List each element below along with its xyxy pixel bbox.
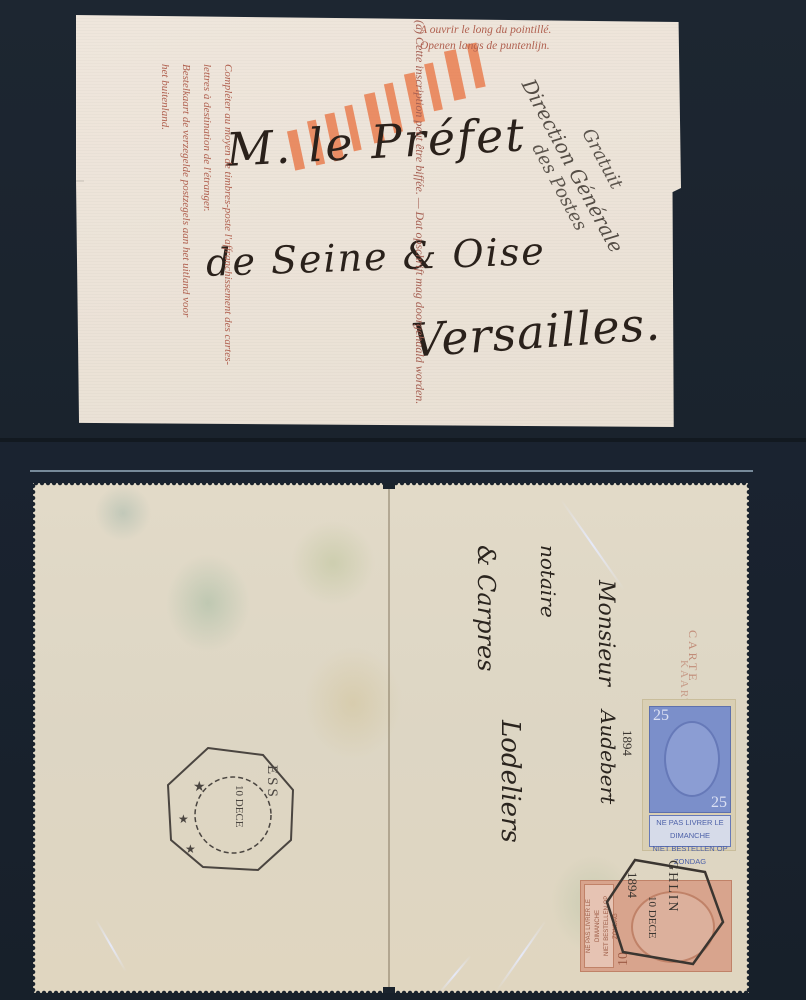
open-line-fr: A ouvrir le long du pointillé. bbox=[420, 22, 551, 38]
king-portrait-icon bbox=[664, 721, 720, 797]
svg-text:★: ★ bbox=[178, 812, 189, 826]
card-address-notaire: notaire bbox=[536, 545, 560, 618]
card-address-lodeliers: Lodeliers bbox=[495, 720, 525, 843]
instructions-nl-1: Bestelkaart de verzegelde postzegels aan… bbox=[175, 64, 196, 304]
postmark-ghlin-town: GHLIN bbox=[664, 860, 680, 914]
open-line-nl: Openen langs de puntenlijn. bbox=[420, 38, 551, 54]
address-line-2: de Seine & Oise bbox=[205, 229, 546, 285]
perforation-left bbox=[33, 483, 38, 993]
svg-text:★: ★ bbox=[185, 842, 196, 856]
card-fold-line bbox=[388, 483, 390, 993]
postmark-arrival-date: 10 DECE bbox=[233, 785, 245, 827]
instructions-fr-1: Compléter au moyen de timbres-poste l'af… bbox=[217, 64, 238, 304]
stamp-value-top: 25 bbox=[653, 707, 669, 725]
card-notch-top bbox=[383, 483, 395, 489]
sunday-delivery-tab: NE PAS LIVRER LE DIMANCHE NIET BESTELLEN… bbox=[649, 815, 731, 847]
stamp-frame: 25 25 bbox=[649, 706, 731, 813]
svg-text:★: ★ bbox=[193, 780, 206, 795]
card-notch-bottom bbox=[383, 987, 395, 993]
card-address-audebert: Audebert bbox=[596, 710, 620, 804]
postmark-ghlin-year: 1894 bbox=[624, 872, 640, 898]
instructions-fr-2: lettres à destination de l'étranger. bbox=[196, 64, 217, 304]
stamp-value-bottom: 25 bbox=[711, 794, 727, 812]
card-address-carpres: & Carpres bbox=[472, 545, 500, 672]
tab-text-fr: NE PAS LIVRER LE DIMANCHE bbox=[650, 816, 730, 842]
stamp-25c-blue: 25 25 NE PAS LIVRER LE DIMANCHE NIET BES… bbox=[643, 700, 735, 850]
card-address-monsieur: Monsieur bbox=[593, 580, 618, 686]
instructions-nl-2: het buitenland. bbox=[154, 64, 175, 304]
address-line-3: Versailles. bbox=[409, 296, 662, 367]
biffee-note: (a) Cette inscription peut être biffée. … bbox=[412, 20, 427, 404]
perforation-right bbox=[744, 483, 749, 993]
postmark-arrival-town: ESS bbox=[263, 765, 280, 800]
open-instructions: A ouvrir le long du pointillé. Openen la… bbox=[420, 22, 551, 54]
left-panel-instructions: Compléter au moyen de timbres-poste l'af… bbox=[38, 64, 238, 304]
postmark-ghlin-date: 10 DECE bbox=[646, 896, 658, 938]
postmark-partial-year: 1894 bbox=[619, 730, 635, 756]
tab-brown-fr: NE PAS LIVRER LE DIMANCHE bbox=[586, 899, 601, 953]
